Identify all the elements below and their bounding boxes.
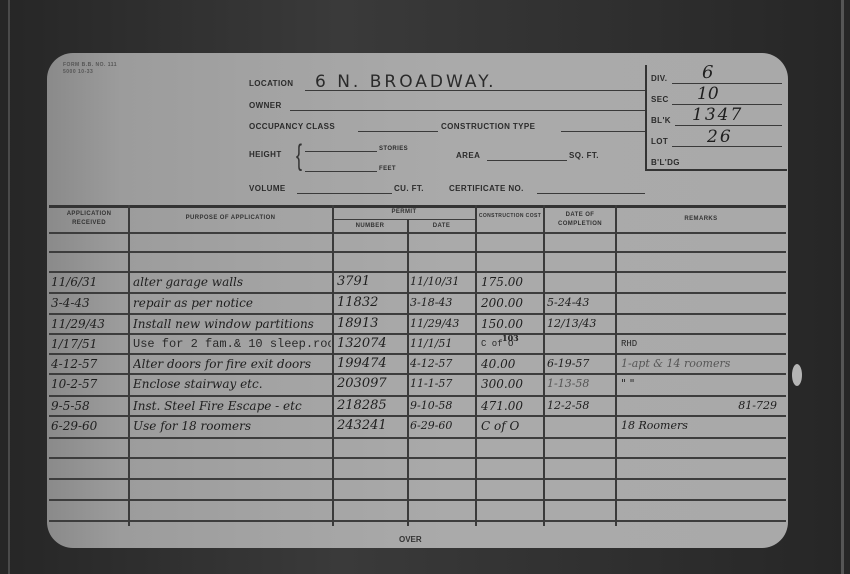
sqft-label: SQ. FT. [569, 151, 599, 160]
form-identifier: FORM B.B. NO. 111 5000 10-33 [63, 62, 117, 76]
cell-purpose [133, 500, 331, 520]
cell-purpose [133, 458, 331, 478]
certificate-underline [537, 193, 645, 194]
cell-completion [547, 479, 615, 499]
column-divider [475, 205, 477, 526]
lot-label: LOT [651, 137, 668, 146]
cell-number [337, 233, 407, 253]
cell-cost: 471.00 [481, 396, 543, 416]
cell-number: 199474 [337, 354, 407, 374]
cell-received [51, 458, 127, 478]
construction-type-underline [561, 131, 645, 132]
column-divider [128, 205, 130, 526]
cell-received [51, 500, 127, 520]
cell-completion [547, 500, 615, 520]
cell-remarks: 1-apt & 14 roomers [621, 354, 785, 374]
cell-purpose [133, 233, 331, 253]
cell-number [337, 479, 407, 499]
cell-cost: 40.00 [481, 354, 543, 374]
cell-remarks [621, 479, 785, 499]
cell-purpose: Use for 2 fam.& 10 sleep.rooms [133, 334, 331, 354]
cost-annotation: 103 [502, 333, 519, 343]
cell-date: 3-18-43 [410, 293, 475, 313]
cell-number [337, 252, 407, 272]
cell-date: 11/1/51 [410, 334, 475, 354]
div-value: 6 [702, 62, 713, 83]
header-permit: PERMIT [333, 208, 475, 217]
cell-date: 11/29/43 [410, 314, 475, 334]
cell-date [410, 233, 475, 253]
cell-date: 11-1-57 [410, 374, 475, 394]
cell-date [410, 458, 475, 478]
stories-underline [305, 151, 377, 152]
cell-completion [547, 438, 615, 458]
cell-remarks [621, 314, 785, 334]
location-label: LOCATION [249, 79, 293, 88]
cell-received: 11/6/31 [51, 272, 127, 292]
cell-remarks [621, 500, 785, 520]
cell-date: 11/10/31 [410, 272, 475, 292]
div-underline [672, 83, 782, 84]
cell-remarks [621, 252, 785, 272]
cell-completion: 1-13-58 [547, 374, 615, 394]
owner-underline [290, 110, 645, 111]
cell-cost [481, 500, 543, 520]
cell-remarks: 81-729 [621, 396, 785, 416]
volume-label: VOLUME [249, 184, 286, 193]
height-label: HEIGHT [249, 150, 282, 159]
cell-date [410, 479, 475, 499]
cell-remarks [621, 233, 785, 253]
cell-number: 243241 [337, 416, 407, 436]
cell-number: 132074 [337, 334, 407, 354]
cell-completion: 5-24-43 [547, 293, 615, 313]
area-underline [487, 160, 567, 161]
lot-value: 26 [707, 127, 733, 147]
column-divider [543, 205, 545, 526]
cell-cost: C of O [481, 416, 543, 436]
film-edge [841, 0, 844, 574]
cell-completion: 12-2-58 [547, 396, 615, 416]
bldg-label: B'L'DG [651, 158, 680, 167]
cell-cost [481, 458, 543, 478]
volume-underline [297, 193, 392, 194]
cell-number [337, 438, 407, 458]
cell-completion: 12/13/43 [547, 314, 615, 334]
cell-remarks [621, 458, 785, 478]
cell-cost: 150.00 [481, 314, 543, 334]
sec-label: SEC [651, 95, 669, 104]
cell-cost [481, 479, 543, 499]
cell-remarks: 18 Roomers [621, 416, 785, 436]
cell-completion [547, 334, 615, 354]
cell-completion [547, 272, 615, 292]
over-label: OVER [399, 535, 422, 544]
cell-remarks: RHD [621, 334, 785, 354]
cell-number [337, 500, 407, 520]
cell-purpose: alter garage walls [133, 272, 331, 292]
cell-date [410, 500, 475, 520]
cell-completion [547, 233, 615, 253]
permit-subheader-divider [332, 219, 475, 220]
blk-value: 1347 [692, 105, 743, 125]
cell-remarks: " " [621, 374, 785, 394]
cell-cost: 300.00 [481, 374, 543, 394]
feet-underline [305, 171, 377, 172]
cell-completion: 6-19-57 [547, 354, 615, 374]
cell-date: 4-12-57 [410, 354, 475, 374]
cell-number: 18913 [337, 314, 407, 334]
owner-label: OWNER [249, 101, 282, 110]
header-permit-number: NUMBER [333, 222, 407, 231]
cell-purpose [133, 438, 331, 458]
cell-received: 1/17/51 [51, 334, 127, 354]
cell-number [337, 458, 407, 478]
cell-completion [547, 458, 615, 478]
cell-number: 11832 [337, 293, 407, 313]
cell-remarks [621, 272, 785, 292]
occupancy-class-label: OCCUPANCY CLASS [249, 122, 335, 131]
cell-received: 10-2-57 [51, 374, 127, 394]
cell-number: 218285 [337, 396, 407, 416]
cell-received: 11/29/43 [51, 314, 127, 334]
cell-cost: 200.00 [481, 293, 543, 313]
scan-artifact [792, 364, 802, 386]
cell-date [410, 438, 475, 458]
cell-received [51, 438, 127, 458]
stories-label: STORIES [379, 146, 408, 152]
cell-purpose: Install new window partitions [133, 314, 331, 334]
blk-underline [675, 125, 782, 126]
cell-purpose: repair as per notice [133, 293, 331, 313]
header-permit-date: DATE [408, 222, 475, 231]
permit-index-card: FORM B.B. NO. 111 5000 10-33 LOCATION 6 … [47, 53, 788, 548]
cell-received [51, 233, 127, 253]
feet-label: FEET [379, 166, 396, 172]
blk-label: BL'K [651, 116, 671, 125]
column-divider [407, 219, 409, 526]
div-label: DIV. [651, 74, 667, 83]
cell-date: 9-10-58 [410, 396, 475, 416]
cell-remarks [621, 293, 785, 313]
cell-purpose: Enclose stairway etc. [133, 374, 331, 394]
occupancy-underline [358, 131, 438, 132]
header-application-received: APPLICATION RECEIVED [51, 210, 127, 228]
form-id-line: FORM B.B. NO. 111 [63, 62, 117, 69]
cell-purpose: Alter doors for fire exit doors [133, 354, 331, 374]
header-construction-cost: CONSTRUCTION COST [478, 212, 542, 221]
brace: { [296, 141, 302, 171]
cell-completion [547, 252, 615, 272]
cell-date [410, 252, 475, 272]
cell-cost [481, 252, 543, 272]
header-remarks: REMARKS [617, 215, 785, 224]
construction-type-label: CONSTRUCTION TYPE [441, 122, 535, 131]
cuft-label: CU. FT. [394, 184, 424, 193]
sec-value: 10 [697, 84, 719, 104]
row-divider [49, 520, 786, 522]
cell-received: 9-5-58 [51, 396, 127, 416]
cell-received: 4-12-57 [51, 354, 127, 374]
cell-completion [547, 416, 615, 436]
cell-cost: 175.00 [481, 272, 543, 292]
cell-purpose: Use for 18 roomers [133, 416, 331, 436]
column-divider [615, 205, 617, 526]
header-date-of-completion: DATE OF COMPLETION [545, 211, 615, 229]
cell-number: 3791 [337, 272, 407, 292]
certificate-label: CERTIFICATE NO. [449, 184, 524, 193]
cell-cost [481, 438, 543, 458]
location-value: 6 N. BROADWAY. [315, 72, 497, 92]
cell-purpose: Inst. Steel Fire Escape - etc [133, 396, 331, 416]
column-divider [332, 205, 334, 526]
cell-received [51, 252, 127, 272]
cell-received [51, 479, 127, 499]
header-purpose: PURPOSE OF APPLICATION [129, 214, 332, 223]
area-label: AREA [456, 151, 480, 160]
cell-received: 6-29-60 [51, 416, 127, 436]
cell-remarks [621, 438, 785, 458]
cell-number: 203097 [337, 374, 407, 394]
film-edge [8, 0, 10, 574]
cell-received: 3-4-43 [51, 293, 127, 313]
cell-purpose [133, 479, 331, 499]
cell-cost [481, 233, 543, 253]
cell-purpose [133, 252, 331, 272]
cell-date: 6-29-60 [410, 416, 475, 436]
form-id-line: 5000 10-33 [63, 69, 117, 76]
